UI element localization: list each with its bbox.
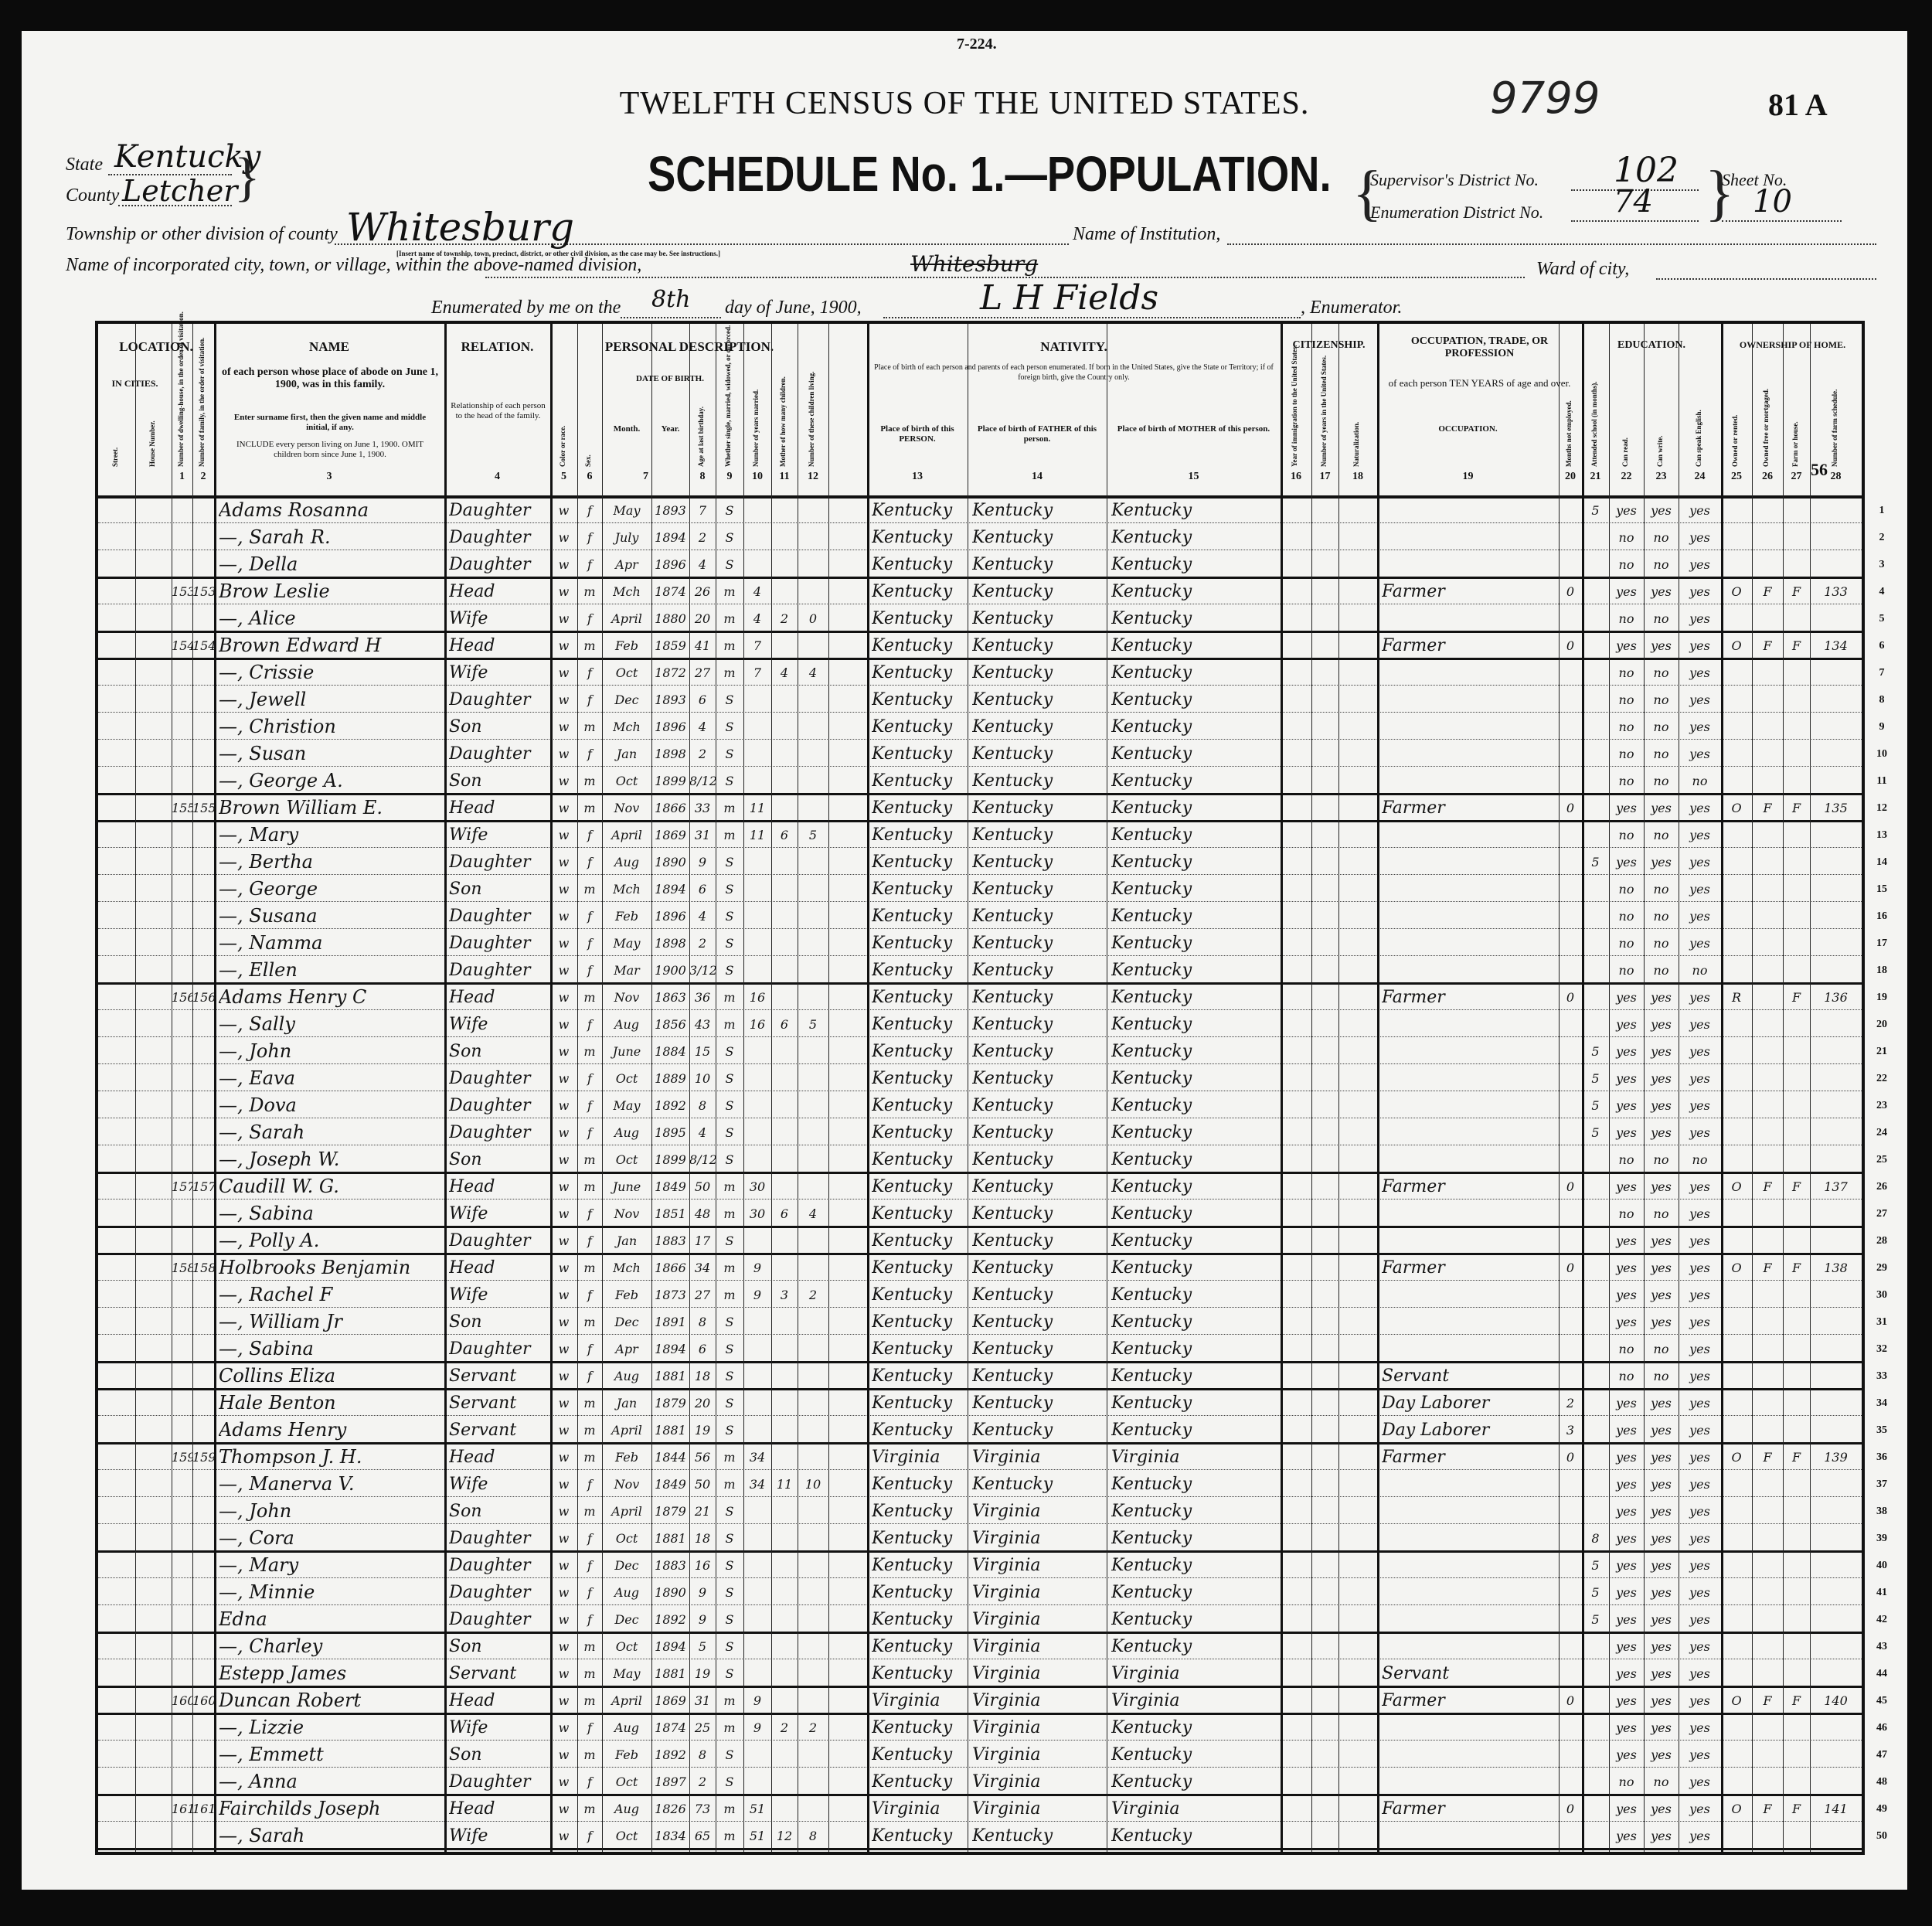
cell-age: 31 (689, 1686, 716, 1713)
cell-rel: Son (449, 874, 550, 901)
cell-sex: f (577, 1226, 602, 1253)
cell-rel: Head (449, 1794, 550, 1821)
cell-age: 10 (689, 1063, 716, 1091)
cell-month: Aug (602, 1577, 651, 1604)
cell-sex: f (577, 1091, 602, 1118)
line-number: 48 (1866, 1767, 1897, 1798)
cell-age: 7 (689, 495, 716, 522)
line-number: 11 (1866, 766, 1897, 797)
cell-write: yes (1644, 1550, 1679, 1577)
column-number: 26 (1752, 471, 1783, 483)
cell-age: 4 (689, 901, 716, 928)
cell-age: 31 (689, 820, 716, 847)
cell-pobf: Kentucky (972, 522, 1107, 550)
cell-pobf: Kentucky (972, 495, 1107, 522)
cell-pob: Kentucky (872, 1415, 968, 1442)
cell-marital: m (716, 631, 743, 658)
column-number: 14 (968, 471, 1107, 483)
cell-year: 1881 (651, 1415, 689, 1442)
cell-sex: m (577, 1036, 602, 1063)
enumeration-district: 74 (1614, 184, 1653, 219)
cell-pobm: Kentucky (1111, 928, 1281, 955)
cell-month: Apr (602, 550, 651, 577)
cell-marital: m (716, 982, 743, 1009)
line-number: 42 (1866, 1604, 1897, 1635)
cell-sex: f (577, 522, 602, 550)
cell-fam: 154 (192, 631, 214, 658)
cell-month: Feb (602, 1442, 651, 1469)
cell-eng: yes (1679, 1334, 1721, 1361)
cell-pobm: Kentucky (1111, 820, 1281, 847)
cell-month: Dec (602, 685, 651, 712)
cell-name: —, George A. (219, 766, 444, 793)
cell-marital: S (716, 1577, 743, 1604)
cell-marital: m (716, 1009, 743, 1036)
cell-month: Dec (602, 1604, 651, 1632)
cell-pobf: Kentucky (972, 1469, 1107, 1496)
column-rule (743, 324, 744, 1852)
cell-dw: 157 (172, 1172, 192, 1199)
cell-eng: yes (1679, 1632, 1721, 1659)
cell-sex: f (577, 1577, 602, 1604)
table-row: 29158158Holbrooks BenjaminHeadwmMch18663… (98, 1253, 1862, 1281)
cell-eng: yes (1679, 1713, 1721, 1740)
cell-color: w (550, 1145, 577, 1172)
column-header-label: Number of dwelling-house, in the order o… (177, 397, 185, 467)
cell-write: no (1644, 901, 1679, 928)
cell-pob: Kentucky (872, 1604, 968, 1632)
cell-marital: S (716, 955, 743, 982)
cell-year: 1896 (651, 712, 689, 739)
cell-pobf: Kentucky (972, 928, 1107, 955)
cell-sex: f (577, 928, 602, 955)
cell-own: O (1721, 1794, 1752, 1821)
table-row: 39—, CoraDaughterwfOct188118SKentuckyVir… (98, 1523, 1862, 1553)
column-rule (1582, 324, 1584, 1852)
cell-pob: Kentucky (872, 1334, 968, 1361)
cell-name: —, Crissie (219, 658, 444, 685)
cell-ym: 11 (743, 820, 771, 847)
cell-marital: m (716, 1280, 743, 1307)
cell-read: no (1609, 685, 1644, 712)
cell-month: May (602, 928, 651, 955)
column-rule (1721, 324, 1723, 1852)
cell-age: 2 (689, 522, 716, 550)
cell-pobf: Kentucky (972, 1361, 1107, 1388)
cell-eng: yes (1679, 901, 1721, 928)
cell-year: 1849 (651, 1172, 689, 1199)
cell-marital: S (716, 1091, 743, 1118)
cell-eng: yes (1679, 631, 1721, 658)
cell-pob: Kentucky (872, 522, 968, 550)
column-number: 27 (1783, 471, 1810, 483)
line-number: 37 (1866, 1469, 1897, 1500)
cell-rel: Son (449, 1496, 550, 1523)
cell-pobf: Kentucky (972, 766, 1107, 793)
cell-rel: Servant (449, 1388, 550, 1415)
cell-rel: Daughter (449, 1063, 550, 1091)
cell-color: w (550, 928, 577, 955)
cell-ym: 51 (743, 1794, 771, 1821)
line-number: 24 (1866, 1118, 1897, 1148)
cell-age: 41 (689, 631, 716, 658)
form-number: 7-224. (957, 36, 997, 53)
cell-year: 1834 (651, 1821, 689, 1848)
cell-sex: f (577, 1118, 602, 1145)
cell-year: 1856 (651, 1009, 689, 1036)
table-row: 28—, Polly A.DaughterwfJan188317SKentuck… (98, 1226, 1862, 1255)
cell-rel: Wife (449, 658, 550, 685)
cell-sex: m (577, 1794, 602, 1821)
cell-eng: no (1679, 766, 1721, 793)
cell-write: no (1644, 766, 1679, 793)
cell-occ: Farmer (1382, 793, 1559, 820)
cell-occ: Farmer (1382, 1442, 1559, 1469)
cell-marital: S (716, 1036, 743, 1063)
cell-rel: Daughter (449, 1334, 550, 1361)
column-rule (1377, 324, 1379, 1852)
cell-marital: m (716, 820, 743, 847)
cell-mne: 0 (1559, 1253, 1582, 1280)
cell-pob: Kentucky (872, 685, 968, 712)
cell-fam: 153 (192, 577, 214, 604)
cell-sex: f (577, 847, 602, 874)
cell-pob: Kentucky (872, 1659, 968, 1686)
line-number: 26 (1866, 1172, 1897, 1203)
cell-marital: S (716, 550, 743, 577)
table-row: 37—, Manerva V.WifewfNov184950m341110Ken… (98, 1469, 1862, 1497)
cell-pobm: Kentucky (1111, 1334, 1281, 1361)
cell-month: April (602, 1415, 651, 1442)
cell-marital: m (716, 1821, 743, 1848)
cell-age: 6 (689, 874, 716, 901)
cell-year: 1889 (651, 1063, 689, 1091)
cell-color: w (550, 1009, 577, 1036)
cell-marital: S (716, 847, 743, 874)
cell-color: w (550, 1550, 577, 1577)
cell-rel: Daughter (449, 1523, 550, 1550)
cell-sex: f (577, 1604, 602, 1632)
cell-rel: Son (449, 712, 550, 739)
column-header-label: Farm or house. (1791, 397, 1799, 467)
cell-year: 1881 (651, 1361, 689, 1388)
cell-pob: Kentucky (872, 1821, 968, 1848)
table-row: 2—, Sarah R.DaughterwfJuly18942SKentucky… (98, 522, 1862, 550)
cell-write: no (1644, 739, 1679, 766)
cell-farm: F (1783, 1686, 1810, 1713)
cell-age: 5 (689, 1632, 716, 1659)
cell-pobf: Kentucky (972, 1009, 1107, 1036)
line-number: 17 (1866, 928, 1897, 959)
line-number: 34 (1866, 1388, 1897, 1419)
cell-pob: Kentucky (872, 1036, 968, 1063)
cell-rel: Wife (449, 1199, 550, 1226)
cell-school: 5 (1582, 1604, 1609, 1632)
cell-eng: yes (1679, 1767, 1721, 1794)
cell-ym: 16 (743, 1009, 771, 1036)
cell-name: —, Ellen (219, 955, 444, 982)
cell-mne: 0 (1559, 577, 1582, 604)
cell-eng: yes (1679, 1740, 1721, 1767)
cell-marital: S (716, 712, 743, 739)
cell-write: no (1644, 712, 1679, 739)
cell-pobm: Kentucky (1111, 1199, 1281, 1226)
cell-write: no (1644, 522, 1679, 550)
cell-name: Adams Henry (219, 1415, 444, 1442)
cell-mne: 0 (1559, 982, 1582, 1009)
cell-own: O (1721, 577, 1752, 604)
group-location: LOCATION. (98, 339, 214, 355)
cell-farm: F (1783, 1442, 1810, 1469)
cell-color: w (550, 793, 577, 820)
cell-eng: yes (1679, 1415, 1721, 1442)
cell-pobf: Kentucky (972, 685, 1107, 712)
column-rule (444, 324, 447, 1852)
cell-school: 5 (1582, 1118, 1609, 1145)
table-row: 41—, MinnieDaughterwfAug18909SKentuckyVi… (98, 1577, 1862, 1605)
cell-name: —, Alice (219, 604, 444, 631)
cell-read: yes (1609, 1226, 1644, 1253)
cell-write: yes (1644, 1821, 1679, 1848)
cell-read: no (1609, 766, 1644, 793)
cell-year: 1892 (651, 1604, 689, 1632)
cell-fam: 159 (192, 1442, 214, 1469)
cell-color: w (550, 1442, 577, 1469)
cell-month: Mch (602, 712, 651, 739)
line-number: 33 (1866, 1361, 1897, 1392)
cell-color: w (550, 1334, 577, 1361)
column-number: 13 (867, 471, 968, 483)
cell-name: Caudill W. G. (219, 1172, 444, 1199)
column-rule (135, 324, 136, 1852)
cell-rel: Daughter (449, 1550, 550, 1577)
cell-pobf: Kentucky (972, 739, 1107, 766)
cell-pobf: Virginia (972, 1794, 1107, 1821)
cell-pobm: Kentucky (1111, 847, 1281, 874)
cell-read: yes (1609, 1469, 1644, 1496)
cell-cl: 4 (798, 658, 828, 685)
group-ownership: OWNERSHIP OF HOME. (1721, 339, 1864, 351)
cell-year: 1866 (651, 793, 689, 820)
enumerated-label: Enumerated by me on the (431, 298, 621, 318)
table-header: LOCATION. IN CITIES. NAME of each person… (98, 324, 1862, 499)
cell-school: 8 (1582, 1523, 1609, 1550)
cell-sex: f (577, 604, 602, 631)
column-number: 25 (1721, 471, 1752, 483)
cell-name: Adams Rosanna (219, 495, 444, 522)
cell-write: yes (1644, 1740, 1679, 1767)
cell-pob: Kentucky (872, 1145, 968, 1172)
cell-school: 5 (1582, 1550, 1609, 1577)
cell-eng: yes (1679, 1604, 1721, 1632)
cell-eng: yes (1679, 604, 1721, 631)
cell-name: —, George (219, 874, 444, 901)
cell-sex: f (577, 1469, 602, 1496)
cell-month: Mch (602, 1253, 651, 1280)
state-label: State (66, 155, 103, 175)
cell-moc: 6 (771, 1009, 798, 1036)
enumerator-name: L H Fields (980, 278, 1158, 318)
cell-pobf: Kentucky (972, 982, 1107, 1009)
table-row: 30—, Rachel FWifewfFeb187327m932Kentucky… (98, 1280, 1862, 1308)
cell-write: yes (1644, 1713, 1679, 1740)
cell-age: 9 (689, 1604, 716, 1632)
cell-color: w (550, 1496, 577, 1523)
table-row: 38—, JohnSonwmApril187921SKentuckyVirgin… (98, 1496, 1862, 1524)
column-header-label: Place of birth of MOTHER of this person. (1107, 424, 1281, 434)
enumerator-label: , Enumerator. (1301, 298, 1402, 318)
cell-rel: Head (449, 1172, 550, 1199)
cell-ym: 30 (743, 1199, 771, 1226)
column-header-label: Number of years in the United States. (1320, 397, 1328, 467)
cell-cl: 10 (798, 1469, 828, 1496)
line-number: 50 (1866, 1821, 1897, 1852)
cell-age: 8 (689, 1307, 716, 1334)
cell-month: Oct (602, 1145, 651, 1172)
cell-marital: S (716, 522, 743, 550)
cell-year: 1872 (651, 658, 689, 685)
cell-pob: Kentucky (872, 658, 968, 685)
cell-cl: 4 (798, 1199, 828, 1226)
cell-moc: 2 (771, 1713, 798, 1740)
cell-pobf: Virginia (972, 1740, 1107, 1767)
cell-pob: Kentucky (872, 1469, 968, 1496)
cell-marital: m (716, 793, 743, 820)
line-number: 35 (1866, 1415, 1897, 1446)
column-rule (1281, 324, 1283, 1852)
cell-rel: Wife (449, 820, 550, 847)
cell-name: —, Della (219, 550, 444, 577)
cell-eng: yes (1679, 658, 1721, 685)
line-number: 41 (1866, 1577, 1897, 1608)
cell-pobf: Virginia (972, 1659, 1107, 1686)
cell-pobm: Kentucky (1111, 793, 1281, 820)
cell-pobm: Virginia (1111, 1794, 1281, 1821)
cell-read: yes (1609, 1604, 1644, 1632)
cell-year: 1893 (651, 495, 689, 522)
column-rule (1810, 324, 1811, 1852)
cell-sex: f (577, 1821, 602, 1848)
cell-write: yes (1644, 1794, 1679, 1821)
cell-color: w (550, 658, 577, 685)
cell-pobm: Kentucky (1111, 982, 1281, 1009)
cell-age: 3/12 (689, 955, 716, 982)
cell-year: 1895 (651, 1118, 689, 1145)
group-relation: RELATION. (444, 339, 550, 355)
cell-rel: Daughter (449, 1091, 550, 1118)
table-row: 32—, SabinaDaughterwfApr18946SKentuckyKe… (98, 1334, 1862, 1363)
cell-write: no (1644, 658, 1679, 685)
cell-month: Nov (602, 1469, 651, 1496)
cell-read: yes (1609, 793, 1644, 820)
cell-pob: Kentucky (872, 847, 968, 874)
column-header-label: Sex. (584, 397, 592, 467)
cell-ym: 4 (743, 604, 771, 631)
cell-pob: Kentucky (872, 1523, 968, 1550)
cell-age: 34 (689, 1253, 716, 1280)
cell-name: Duncan Robert (219, 1686, 444, 1713)
cell-sex: f (577, 1767, 602, 1794)
table-row: 26157157Caudill W. G.HeadwmJune184950m30… (98, 1172, 1862, 1199)
cell-pobm: Kentucky (1111, 631, 1281, 658)
cell-read: yes (1609, 1036, 1644, 1063)
cell-ym: 9 (743, 1253, 771, 1280)
cell-sex: f (577, 1361, 602, 1388)
cell-marital: S (716, 901, 743, 928)
cell-year: 1890 (651, 847, 689, 874)
column-header-label: House Number. (148, 397, 156, 467)
column-rule (689, 324, 690, 1852)
line-number: 29 (1866, 1253, 1897, 1284)
cell-write: yes (1644, 631, 1679, 658)
cell-farm: F (1783, 1794, 1810, 1821)
cell-color: w (550, 1469, 577, 1496)
cell-age: 4 (689, 712, 716, 739)
cell-pobf: Kentucky (972, 820, 1107, 847)
table-row: 10—, SusanDaughterwfJan18982SKentuckyKen… (98, 739, 1862, 767)
line-number: 39 (1866, 1523, 1897, 1554)
cell-year: 1884 (651, 1036, 689, 1063)
cell-ym: 7 (743, 658, 771, 685)
cell-pob: Kentucky (872, 766, 968, 793)
column-header-label: Number of years married. (752, 397, 760, 467)
cell-name: Edna (219, 1604, 444, 1632)
cell-pobf: Kentucky (972, 577, 1107, 604)
cell-pobm: Kentucky (1111, 1226, 1281, 1253)
cell-fsched: 134 (1810, 631, 1862, 658)
cell-name: —, Anna (219, 1767, 444, 1794)
cell-own: O (1721, 793, 1752, 820)
cell-pob: Kentucky (872, 1280, 968, 1307)
cell-name: Fairchilds Joseph (219, 1794, 444, 1821)
line-number: 7 (1866, 658, 1897, 689)
cell-rel: Head (449, 1686, 550, 1713)
cell-pob: Kentucky (872, 1632, 968, 1659)
sheet-id: 81 A (1768, 87, 1828, 123)
cell-year: 1899 (651, 1145, 689, 1172)
cell-year: 1851 (651, 1199, 689, 1226)
cell-color: w (550, 874, 577, 901)
cell-month: Jan (602, 739, 651, 766)
cell-sex: f (577, 1280, 602, 1307)
cell-month: Oct (602, 658, 651, 685)
cell-pob: Kentucky (872, 1496, 968, 1523)
cell-write: yes (1644, 1632, 1679, 1659)
cell-pobf: Kentucky (972, 1388, 1107, 1415)
cell-pobm: Kentucky (1111, 1604, 1281, 1632)
table-row: 6154154Brown Edward HHeadwmFeb185941m7Ke… (98, 631, 1862, 660)
cell-year: 1849 (651, 1469, 689, 1496)
cell-age: 4 (689, 550, 716, 577)
cell-pobf: Kentucky (972, 1253, 1107, 1280)
cell-pob: Kentucky (872, 495, 968, 522)
cell-read: yes (1609, 1740, 1644, 1767)
cell-write: no (1644, 928, 1679, 955)
cell-pob: Kentucky (872, 1767, 968, 1794)
cell-ym: 9 (743, 1280, 771, 1307)
cell-own: O (1721, 1172, 1752, 1199)
cell-year: 1863 (651, 982, 689, 1009)
cell-pobm: Virginia (1111, 1686, 1281, 1713)
cell-dw: 160 (172, 1686, 192, 1713)
cell-year: 1892 (651, 1740, 689, 1767)
cell-pobf: Kentucky (972, 1036, 1107, 1063)
cell-rel: Daughter (449, 928, 550, 955)
cell-age: 65 (689, 1821, 716, 1848)
sheet-number: 10 (1753, 184, 1792, 219)
cell-age: 2 (689, 739, 716, 766)
cell-sex: f (577, 1063, 602, 1091)
